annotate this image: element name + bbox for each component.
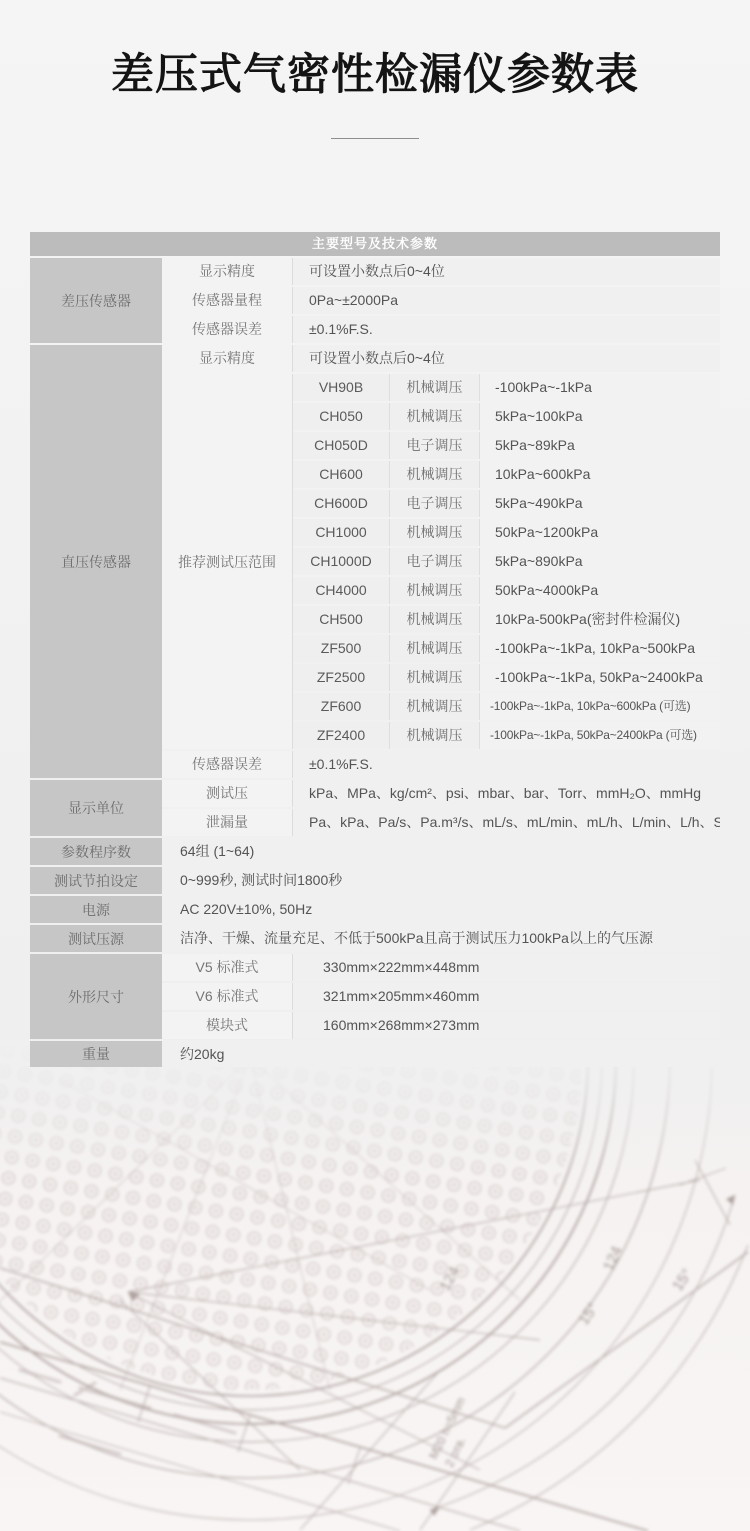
model-name: CH500 bbox=[293, 606, 390, 633]
model-row: ZF2500 机械调压 -100kPa~-1kPa, 50kPa~2400kPa bbox=[293, 664, 720, 691]
row-label: 显示精度 bbox=[162, 345, 293, 372]
category-cell-display-units: 显示单位 bbox=[30, 780, 162, 836]
group-weight: 重量 约20kg bbox=[30, 1041, 720, 1067]
model-name: ZF2400 bbox=[293, 722, 390, 749]
regulation-type: 机械调压 bbox=[390, 519, 480, 546]
model-name: VH90B bbox=[293, 374, 390, 401]
regulation-type: 机械调压 bbox=[390, 461, 480, 488]
model-name: ZF500 bbox=[293, 635, 390, 662]
pressure-range: 10kPa-500kPa(密封件检漏仪) bbox=[480, 606, 720, 633]
table-row: 传感器误差 ±0.1%F.S. bbox=[162, 751, 720, 778]
group-direct-sensor: 直压传感器 显示精度 可设置小数点后0~4位 推荐测试压范围 VH90B 机械调… bbox=[30, 345, 720, 778]
regulation-type: 电子调压 bbox=[390, 432, 480, 459]
row-value: 321mm×205mm×460mm bbox=[293, 983, 720, 1010]
regulation-type: 机械调压 bbox=[390, 693, 480, 720]
regulation-type: 电子调压 bbox=[390, 548, 480, 575]
model-row: CH600 机械调压 10kPa~600kPa bbox=[293, 461, 720, 488]
regulation-type: 机械调压 bbox=[390, 374, 480, 401]
model-name: CH050 bbox=[293, 403, 390, 430]
table-row: V5 标准式 330mm×222mm×448mm bbox=[162, 954, 720, 981]
category-cell-dimensions: 外形尺寸 bbox=[30, 954, 162, 1039]
table-header: 主要型号及技术参数 bbox=[30, 232, 720, 256]
row-label: V6 标准式 bbox=[162, 983, 293, 1010]
pressure-range: -100kPa~-1kPa, 10kPa~600kPa (可选) bbox=[480, 693, 720, 720]
row-value: ±0.1%F.S. bbox=[293, 316, 720, 343]
model-row: CH500 机械调压 10kPa-500kPa(密封件检漏仪) bbox=[293, 606, 720, 633]
row-label: 传感器误差 bbox=[162, 751, 293, 778]
pressure-range: -100kPa~-1kPa bbox=[480, 374, 720, 401]
row-value: 约20kg bbox=[162, 1041, 720, 1067]
pressure-range: 10kPa~600kPa bbox=[480, 461, 720, 488]
category-cell: 参数程序数 bbox=[30, 838, 162, 865]
category-cell: 电源 bbox=[30, 896, 162, 923]
table-row: 泄漏量 Pa、kPa、Pa/s、Pa.m³/s、mL/s、mL/min、mL/h… bbox=[162, 809, 720, 836]
regulation-type: 机械调压 bbox=[390, 403, 480, 430]
row-label: 传感器量程 bbox=[162, 287, 293, 314]
row-value: 可设置小数点后0~4位 bbox=[293, 258, 720, 285]
pressure-range: 5kPa~89kPa bbox=[480, 432, 720, 459]
group-display-units: 显示单位 测试压 kPa、MPa、kg/cm²、psi、mbar、bar、Tor… bbox=[30, 780, 720, 836]
title-section: 差压式气密性检漏仪参数表 bbox=[0, 0, 750, 139]
table-row: 显示精度 可设置小数点后0~4位 bbox=[162, 345, 720, 372]
row-value: Pa、kPa、Pa/s、Pa.m³/s、mL/s、mL/min、mL/h、L/m… bbox=[293, 809, 720, 836]
page-title: 差压式气密性检漏仪参数表 bbox=[0, 0, 750, 102]
model-row: CH050D 电子调压 5kPa~89kPa bbox=[293, 432, 720, 459]
table-row: 测试压 kPa、MPa、kg/cm²、psi、mbar、bar、Torr、mmH… bbox=[162, 780, 720, 807]
table-row: 传感器误差 ±0.1%F.S. bbox=[162, 316, 720, 343]
model-name: ZF600 bbox=[293, 693, 390, 720]
row-value: 64组 (1~64) bbox=[162, 838, 720, 865]
model-row: CH1000D 电子调压 5kPa~890kPa bbox=[293, 548, 720, 575]
regulation-type: 机械调压 bbox=[390, 606, 480, 633]
row-value: 洁净、干燥、流量充足、不低于500kPa且高于测试压力100kPa以上的气压源 bbox=[162, 925, 720, 952]
pressure-range: -100kPa~-1kPa, 50kPa~2400kPa bbox=[480, 664, 720, 691]
row-label: V5 标准式 bbox=[162, 954, 293, 981]
model-name: CH050D bbox=[293, 432, 390, 459]
category-cell-direct-sensor: 直压传感器 bbox=[30, 345, 162, 778]
model-name: CH600 bbox=[293, 461, 390, 488]
table-row: 显示精度 可设置小数点后0~4位 bbox=[162, 258, 720, 285]
pressure-range: 5kPa~100kPa bbox=[480, 403, 720, 430]
model-name: CH1000 bbox=[293, 519, 390, 546]
group-test-pressure-source: 测试压源 洁净、干燥、流量充足、不低于500kPa且高于测试压力100kPa以上… bbox=[30, 925, 720, 952]
drawing-dim-15deg-a: 15° bbox=[575, 1300, 602, 1328]
model-row: ZF2400 机械调压 -100kPa~-1kPa, 50kPa~2400kPa… bbox=[293, 722, 720, 749]
model-row: ZF500 机械调压 -100kPa~-1kPa, 10kPa~500kPa bbox=[293, 635, 720, 662]
row-label: 泄漏量 bbox=[162, 809, 293, 836]
pressure-range: 50kPa~4000kPa bbox=[480, 577, 720, 604]
model-row: ZF600 机械调压 -100kPa~-1kPa, 10kPa~600kPa (… bbox=[293, 693, 720, 720]
model-row: CH4000 机械调压 50kPa~4000kPa bbox=[293, 577, 720, 604]
regulation-type: 机械调压 bbox=[390, 664, 480, 691]
regulation-type: 机械调压 bbox=[390, 635, 480, 662]
row-value: ±0.1%F.S. bbox=[293, 751, 720, 778]
model-name: CH4000 bbox=[293, 577, 390, 604]
group-test-cycle: 测试节拍设定 0~999秒, 测试时间1800秒 bbox=[30, 867, 720, 894]
pressure-range: 5kPa~490kPa bbox=[480, 490, 720, 517]
table-row: V6 标准式 321mm×205mm×460mm bbox=[162, 983, 720, 1010]
category-cell: 测试压源 bbox=[30, 925, 162, 952]
table-row: 传感器量程 0Pa~±2000Pa bbox=[162, 287, 720, 314]
group-program-count: 参数程序数 64组 (1~64) bbox=[30, 838, 720, 865]
drawing-dim-124-b: 124 bbox=[600, 1244, 626, 1274]
row-label: 传感器误差 bbox=[162, 316, 293, 343]
pressure-range: 50kPa~1200kPa bbox=[480, 519, 720, 546]
model-name: CH600D bbox=[293, 490, 390, 517]
drawing-dim-15deg-b: 15° bbox=[669, 1266, 696, 1294]
group-dimensions: 外形尺寸 V5 标准式 330mm×222mm×448mm V6 标准式 321… bbox=[30, 954, 720, 1039]
pressure-range: -100kPa~-1kPa, 10kPa~500kPa bbox=[480, 635, 720, 662]
model-row: CH1000 机械调压 50kPa~1200kPa bbox=[293, 519, 720, 546]
spec-table: 主要型号及技术参数 差压传感器 显示精度 可设置小数点后0~4位 传感器量程 0… bbox=[30, 232, 720, 1069]
category-cell: 测试节拍设定 bbox=[30, 867, 162, 894]
row-value: 0Pa~±2000Pa bbox=[293, 287, 720, 314]
row-label-recommended-range: 推荐测试压范围 bbox=[162, 374, 293, 749]
row-label: 显示精度 bbox=[162, 258, 293, 285]
pressure-range: -100kPa~-1kPa, 50kPa~2400kPa (可选) bbox=[480, 722, 720, 749]
background-drawing-photo: 124 124 15° 15° M20 h=5mm 2 отв. bbox=[0, 1040, 750, 1531]
perforated-plate bbox=[0, 1040, 582, 1390]
row-value: kPa、MPa、kg/cm²、psi、mbar、bar、Torr、mmH₂O、m… bbox=[293, 780, 720, 807]
row-label: 模块式 bbox=[162, 1012, 293, 1039]
regulation-type: 电子调压 bbox=[390, 490, 480, 517]
row-value: 330mm×222mm×448mm bbox=[293, 954, 720, 981]
category-cell-weight: 重量 bbox=[30, 1041, 162, 1067]
model-row: VH90B 机械调压 -100kPa~-1kPa bbox=[293, 374, 720, 401]
row-value: AC 220V±10%, 50Hz bbox=[162, 896, 720, 923]
row-value: 可设置小数点后0~4位 bbox=[293, 345, 720, 372]
model-row: CH050 机械调压 5kPa~100kPa bbox=[293, 403, 720, 430]
row-value: 160mm×268mm×273mm bbox=[293, 1012, 720, 1039]
blueprint-drawing: 124 124 15° 15° M20 h=5mm 2 отв. bbox=[0, 1040, 750, 1531]
group-power: 电源 AC 220V±10%, 50Hz bbox=[30, 896, 720, 923]
title-underline bbox=[331, 138, 419, 139]
category-cell-diff-sensor: 差压传感器 bbox=[30, 258, 162, 343]
row-label: 测试压 bbox=[162, 780, 293, 807]
table-row: 模块式 160mm×268mm×273mm bbox=[162, 1012, 720, 1039]
model-name: ZF2500 bbox=[293, 664, 390, 691]
regulation-type: 机械调压 bbox=[390, 722, 480, 749]
group-diff-sensor: 差压传感器 显示精度 可设置小数点后0~4位 传感器量程 0Pa~±2000Pa… bbox=[30, 258, 720, 343]
recommended-range-block: 推荐测试压范围 VH90B 机械调压 -100kPa~-1kPa CH050 机… bbox=[162, 374, 720, 749]
model-table: VH90B 机械调压 -100kPa~-1kPa CH050 机械调压 5kPa… bbox=[293, 374, 720, 749]
row-value: 0~999秒, 测试时间1800秒 bbox=[162, 867, 720, 894]
regulation-type: 机械调压 bbox=[390, 577, 480, 604]
model-name: CH1000D bbox=[293, 548, 390, 575]
model-row: CH600D 电子调压 5kPa~490kPa bbox=[293, 490, 720, 517]
pressure-range: 5kPa~890kPa bbox=[480, 548, 720, 575]
